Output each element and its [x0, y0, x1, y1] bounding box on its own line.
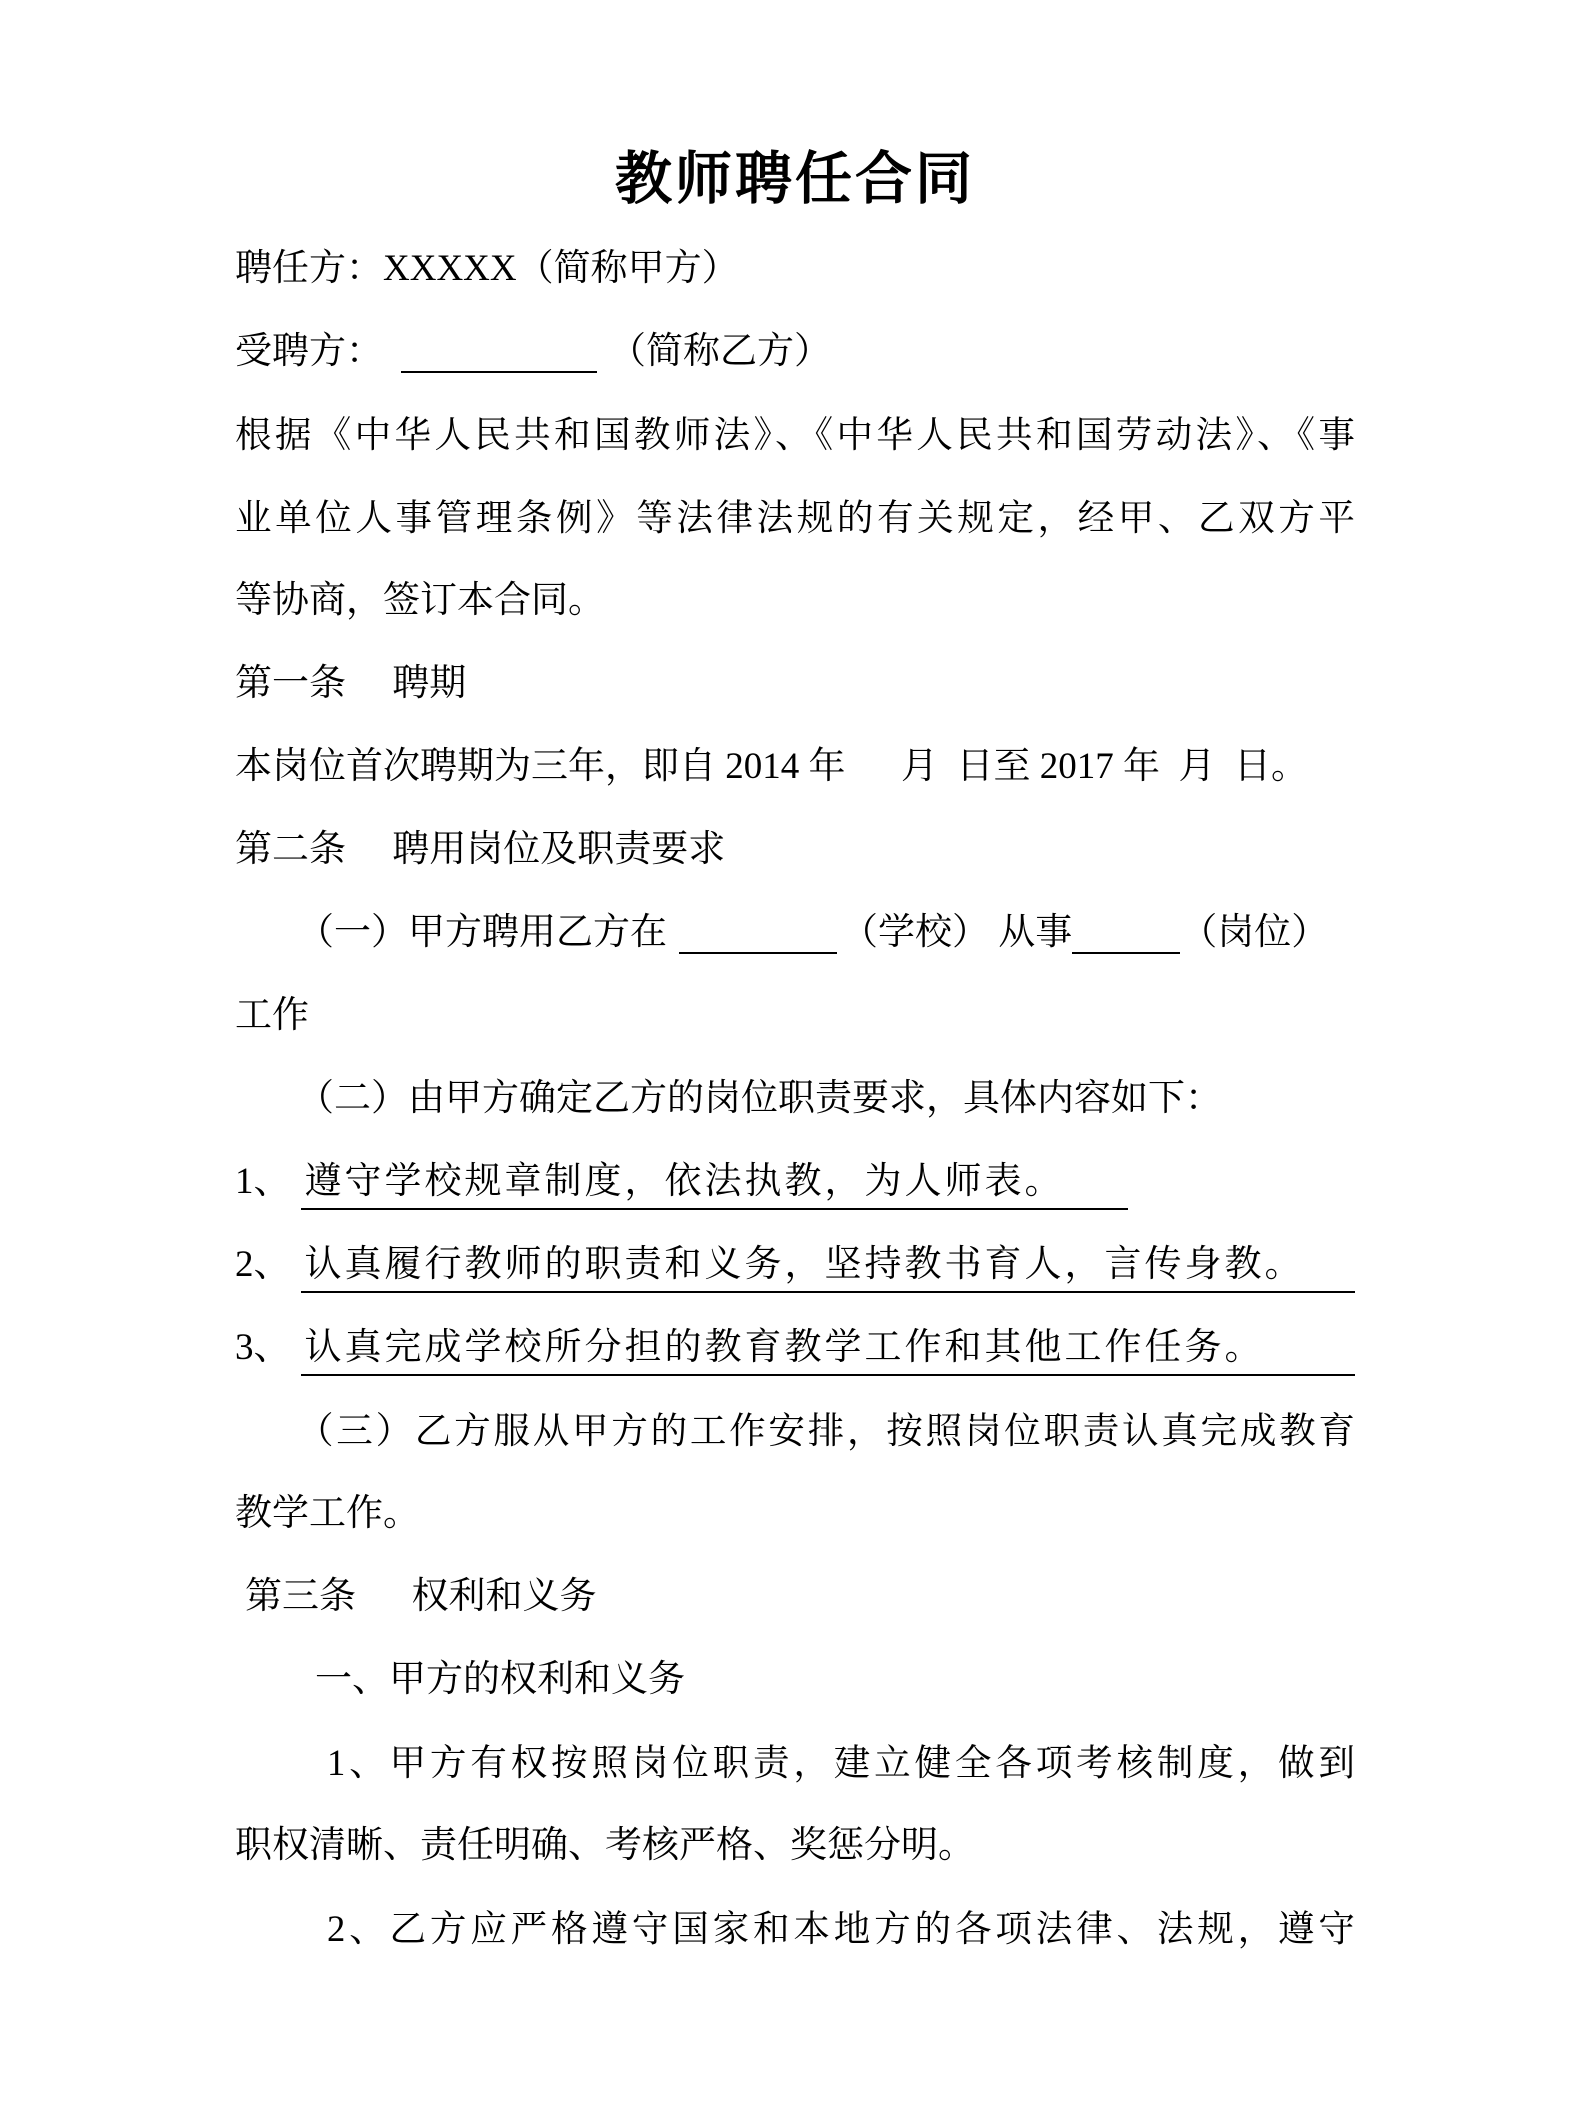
hired-party-blank-line [401, 337, 597, 373]
duty2-text: 认真履行教师的职责和义务，坚持教书育人，言传身教。 [291, 1244, 1305, 1285]
section1-item1-line-1: 1、甲方有权按照岗位职责，建立健全各项考核制度，做到 [235, 1721, 1355, 1804]
article3-heading: 第三条 权利和义务 [235, 1555, 1355, 1638]
post-blank-line [1072, 918, 1180, 954]
article2-item3-line-1: （三）乙方服从甲方的工作安排，按照岗位职责认真完成教育 [235, 1389, 1355, 1472]
article2-item1-suffix: （岗位） [1180, 912, 1328, 953]
duty-item-2: 2、认真履行教师的职责和义务，坚持教书育人，言传身教。 [235, 1223, 1355, 1306]
article2-item1-middle: （学校） 从事 [841, 912, 1072, 953]
article1-body: 本岗位首次聘期为三年，即自 2014 年 月 日至 2017 年 月 日。 [235, 725, 1355, 808]
section1-heading: 一、甲方的权利和义务 [235, 1638, 1355, 1721]
document-title: 教师聘任合同 [235, 132, 1355, 227]
duty-item-1: 1、遵守学校规章制度，依法执教，为人师表。 [235, 1140, 1355, 1223]
contract-page: 教师聘任合同 聘任方：XXXXX（简称甲方） 受聘方：（简称乙方） 根据《中华人… [0, 0, 1587, 2113]
article2-item3-line-2: 教学工作。 [235, 1472, 1355, 1555]
duty1-number: 1、 [235, 1161, 291, 1202]
article1-heading: 第一条 聘期 [235, 642, 1355, 725]
preamble-line-1: 根据《中华人民共和国教师法》、《中华人民共和国劳动法》、《事 [235, 393, 1355, 476]
duty1-text: 遵守学校规章制度，依法执教，为人师表。 [291, 1161, 1065, 1202]
underline-rule [301, 1374, 1355, 1376]
preamble-line-2: 业单位人事管理条例》等法律法规的有关规定，经甲、乙双方平 [235, 476, 1355, 559]
duty3-number: 3、 [235, 1327, 291, 1368]
duty-item-3: 3、认真完成学校所分担的教育教学工作和其他工作任务。 [235, 1306, 1355, 1389]
hired-party-line: 受聘方：（简称乙方） [235, 310, 1355, 393]
preamble-line-3: 等协商，签订本合同。 [235, 559, 1355, 642]
article2-heading: 第二条 聘用岗位及职责要求 [235, 808, 1355, 891]
hired-party-label: 受聘方： [235, 331, 383, 372]
underline-rule [301, 1208, 1128, 1210]
underline-rule [301, 1291, 1355, 1293]
duty3-text: 认真完成学校所分担的教育教学工作和其他工作任务。 [291, 1327, 1265, 1368]
article2-item2-line: （二）由甲方确定乙方的岗位职责要求，具体内容如下： [235, 1057, 1355, 1140]
article2-item1-line: （一）甲方聘用乙方在（学校） 从事（岗位） [235, 891, 1355, 974]
school-blank-line [679, 918, 837, 954]
article2-item1-continuation: 工作 [235, 974, 1355, 1057]
duty2-number: 2、 [235, 1244, 291, 1285]
hired-party-suffix: （简称乙方） [609, 331, 831, 372]
article2-item1-prefix: （一）甲方聘用乙方在 [297, 912, 667, 953]
section1-item1-line-2: 职权清晰、责任明确、考核严格、奖惩分明。 [235, 1804, 1355, 1887]
hiring-party-line: 聘任方：XXXXX（简称甲方） [235, 227, 1355, 310]
section1-item2-line-1: 2、乙方应严格遵守国家和本地方的各项法律、法规，遵守 [235, 1887, 1355, 1970]
